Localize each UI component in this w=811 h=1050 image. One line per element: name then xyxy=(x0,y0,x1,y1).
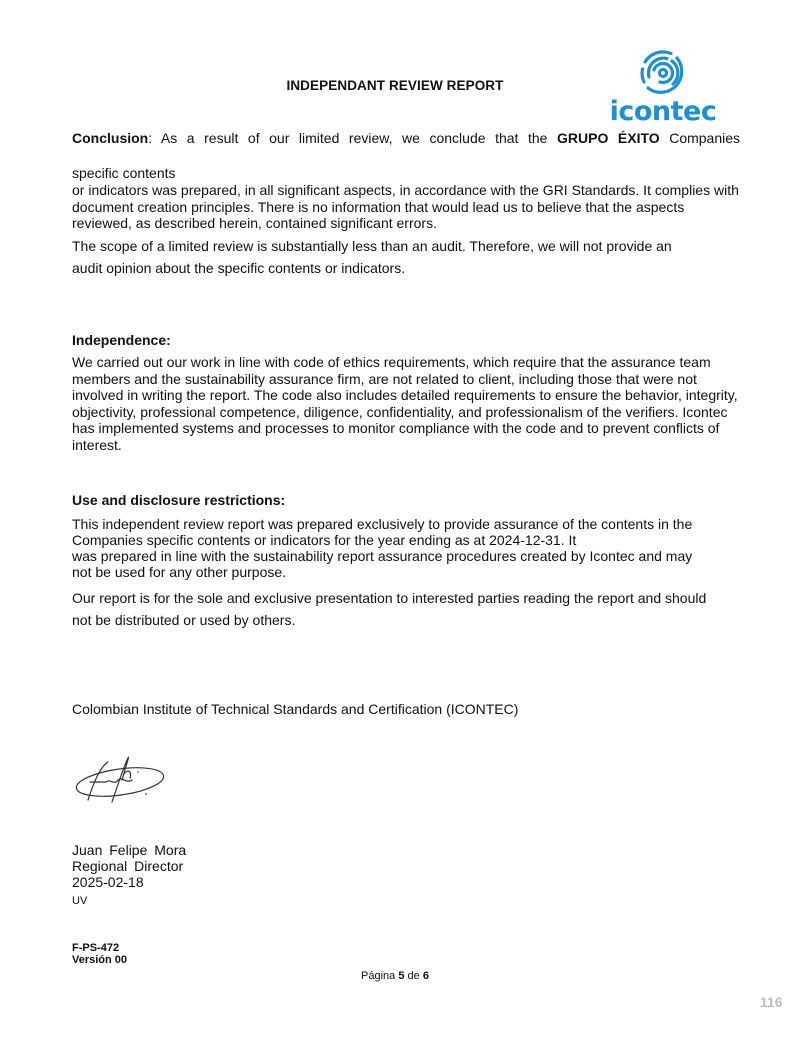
report-page-number: 116 xyxy=(760,994,783,1010)
initials: UV xyxy=(72,893,740,910)
conclusion-paragraph: or indicators was prepared, in all signi… xyxy=(72,182,744,232)
page-indicator: Página 5 de 6 xyxy=(0,970,790,982)
restrictions-line3: was prepared in line with the sustainabi… xyxy=(72,548,740,565)
conclusion-intro: Conclusion: As a result of our limited r… xyxy=(72,130,740,147)
icontec-rings-icon xyxy=(606,50,720,98)
icontec-wordmark: icontec xyxy=(606,96,720,128)
form-code: F-PS-472 Versión 00 xyxy=(72,942,127,966)
restrictions-heading: Use and disclosure restrictions: xyxy=(72,492,740,509)
form-version: Versión 00 xyxy=(72,954,127,966)
independence-body: We carried out our work in line with cod… xyxy=(72,354,740,453)
independence-heading: Independence: xyxy=(72,332,740,349)
restrictions-line1: This independent review report was prepa… xyxy=(72,516,740,533)
restrictions-line4: not be used for any other purpose. xyxy=(72,564,740,581)
signer-role: Regional Director xyxy=(72,858,740,875)
signer-name: Juan Felipe Mora xyxy=(72,842,740,859)
institution-name: Colombian Institute of Technical Standar… xyxy=(72,701,740,718)
scope-line2: audit opinion about the specific content… xyxy=(72,260,740,277)
distribution-line2: not be distributed or used by others. xyxy=(72,612,740,629)
distribution-line1: Our report is for the sole and exclusive… xyxy=(72,590,740,607)
conclusion-label: Conclusion xyxy=(72,130,148,146)
icontec-logo: icontec xyxy=(606,50,720,130)
restrictions-line2: Companies specific contents or indicator… xyxy=(72,532,740,549)
conclusion-line2: specific contents xyxy=(72,165,740,182)
signature-icon xyxy=(66,752,176,812)
company-name: GRUPO ÉXITO xyxy=(557,130,660,146)
scope-line1: The scope of a limited review is substan… xyxy=(72,238,740,255)
signature-date: 2025-02-18 xyxy=(72,874,740,891)
